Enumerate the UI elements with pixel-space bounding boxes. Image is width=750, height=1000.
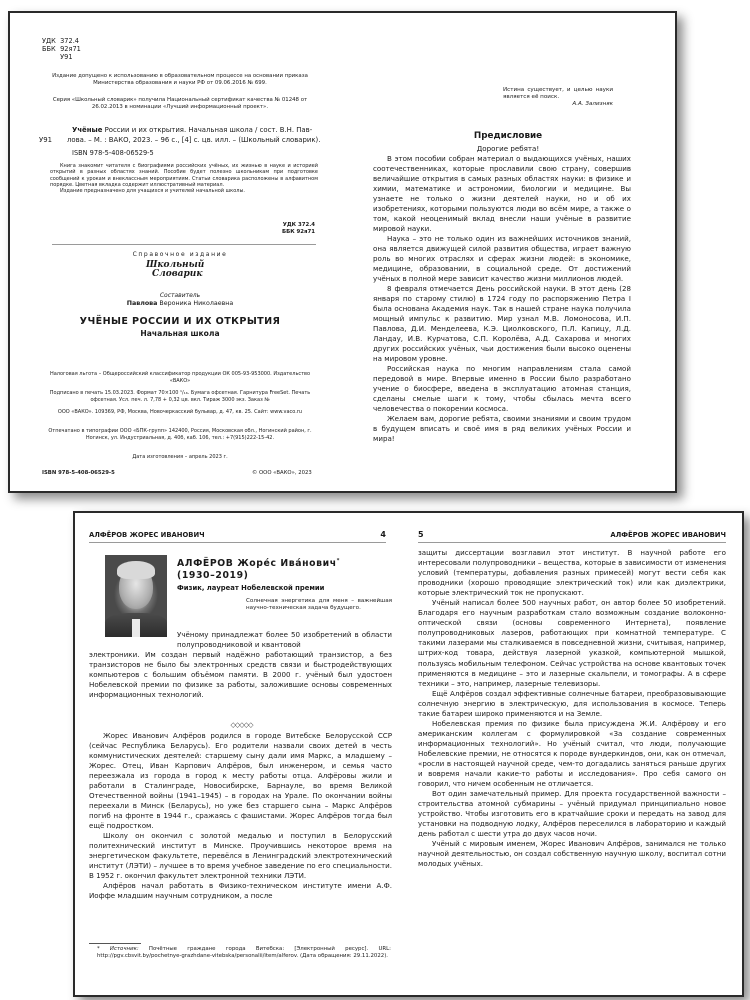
- bib-bold-word: Учёные: [72, 126, 102, 134]
- paragraph: Нобелевская премия по физике была присуж…: [418, 719, 726, 789]
- paragraph: 8 февраля отмечается День российской нау…: [373, 284, 631, 364]
- paragraph: Учёный с мировым именем, Жорес Иванович …: [418, 839, 726, 869]
- preface-body: В этом пособии собран материал о выдающи…: [373, 154, 631, 444]
- running-head: АЛФЁРОВ ЖОРЕС ИВАНОВИЧ: [610, 531, 726, 539]
- compiler-label: Составитель: [40, 292, 320, 300]
- print-signed: Подписано в печать 15.03.2023. Формат 70…: [40, 390, 320, 403]
- compiler-name: Павлова Вероника Николаевна: [40, 300, 320, 308]
- footnote: * Источник: Почётные граждане города Вит…: [97, 946, 391, 960]
- paragraph: защиты диссертации возглавил этот инстит…: [418, 548, 726, 598]
- book-subtitle: Начальная школа: [40, 330, 320, 338]
- series-logo: Школьный Словарик: [146, 261, 226, 279]
- paragraph: Наука – это не только один из важнейших …: [373, 234, 631, 284]
- paragraph: Желаем вам, дорогие ребята, своими знани…: [373, 414, 631, 444]
- header-rule: [89, 542, 386, 543]
- footnote-rule: [89, 943, 141, 944]
- page-5: 5 АЛФЁРОВ ЖОРЕС ИВАНОВИЧ защиты диссерта…: [408, 513, 740, 995]
- tax-notice: Налоговая льгота – Общероссийский класси…: [40, 371, 320, 384]
- isbn: ISBN 978-5-408-06529-5: [72, 149, 154, 157]
- preface-greeting: Дорогие ребята!: [343, 144, 673, 153]
- top-book-spread: УДК 372.4 ББК 92я71 У91 Издание допущено…: [8, 11, 677, 493]
- intro-text: Учёному принадлежат более 50 изобретений…: [177, 630, 392, 650]
- biography-body: Жорес Иванович Алфёров родился в городе …: [89, 731, 392, 901]
- certificate-notice: Серия «Школьный словарик» получила Нацио…: [40, 97, 320, 111]
- scientist-subtitle: Физик, лауреат Нобелевской премии: [177, 584, 324, 592]
- publisher-address: ООО «ВАКО». 109369, РФ, Москва, Новочерк…: [40, 409, 320, 416]
- bottom-book-spread: АЛФЁРОВ ЖОРЕС ИВАНОВИЧ 4 АЛФЁРОВ Жорéс И…: [73, 511, 744, 997]
- preface-title: Предисловие: [343, 131, 673, 141]
- epigraph: Истина существует, и целью науки являетс…: [503, 87, 613, 108]
- footnote-marker: *: [337, 558, 340, 564]
- copyright: © ООО «ВАКО», 2023: [252, 469, 312, 477]
- edition-type: Справочное издание: [40, 251, 320, 259]
- paragraph: Жорес Иванович Алфёров родился в городе …: [89, 731, 392, 831]
- bibliographic-record: У91 Учёные России и их открытия. Начальн…: [40, 125, 322, 145]
- printer-info: Отпечатано в типографии ООО «БПК-групп» …: [40, 428, 320, 441]
- udk-codes: УДК 372.4 ББК 92я71 У91: [42, 37, 81, 61]
- page-4: АЛФЁРОВ ЖОРЕС ИВАНОВИЧ 4 АЛФЁРОВ Жорéс И…: [75, 513, 408, 995]
- paragraph: В этом пособии собран материал о выдающи…: [373, 154, 631, 234]
- scientist-quote: Солнечная энергетика для меня – важнейша…: [246, 598, 392, 613]
- preface-page: Истина существует, и целью науки являетс…: [343, 13, 673, 491]
- page-number: 5: [418, 530, 424, 539]
- paragraph: Учёный написал более 500 научных работ, …: [418, 598, 726, 688]
- annotation: Книга знакомит читателя с биографиями ро…: [50, 163, 318, 194]
- bib-index: У91: [39, 135, 52, 145]
- intro-text-continued: электроники. Им создан первый надёжно ра…: [89, 650, 392, 700]
- life-years: (1930–2019): [177, 570, 340, 582]
- portrait-photo: [105, 555, 167, 637]
- biography-body-continued: защиты диссертации возглавил этот инстит…: [418, 548, 726, 870]
- paragraph: Ещё Алфёров создал эффективные солнечные…: [418, 689, 726, 719]
- header-rule: [418, 542, 726, 543]
- imprint-page: УДК 372.4 ББК 92я71 У91 Издание допущено…: [10, 13, 343, 491]
- divider: [52, 244, 316, 245]
- paragraph: Вот один замечательный пример. Для проек…: [418, 789, 726, 839]
- isbn-footer: ISBN 978-5-408-06529-5: [42, 469, 115, 477]
- manufacture-date: Дата изготовления – апрель 2023 г.: [40, 454, 320, 461]
- udk-line: УДК 372.4: [42, 37, 81, 45]
- paragraph: Школу он окончил с золотой медалью и пос…: [89, 831, 392, 881]
- author-sign-line: У91: [42, 53, 81, 61]
- paragraph: Российская наука по многим направлениям …: [373, 364, 631, 414]
- scientist-name: АЛФЁРОВ Жорéс Ивáнович* (1930–2019): [177, 555, 340, 582]
- udk-right-block: УДК 372.4 ББК 92я71: [282, 222, 315, 236]
- epigraph-author: А.А. Зализняк: [503, 101, 613, 108]
- approval-notice: Издание допущено к использованию в образ…: [40, 73, 320, 87]
- page-number: 4: [380, 530, 386, 539]
- bbk-line: ББК 92я71: [42, 45, 81, 53]
- diamond-separator: ◇◇◇◇◇: [75, 721, 408, 729]
- running-head: АЛФЁРОВ ЖОРЕС ИВАНОВИЧ: [89, 531, 205, 539]
- paragraph: Алфёров начал работать в Физико-техничес…: [89, 881, 392, 901]
- book-title: УЧЁНЫЕ РОССИИ И ИХ ОТКРЫТИЯ: [40, 318, 320, 326]
